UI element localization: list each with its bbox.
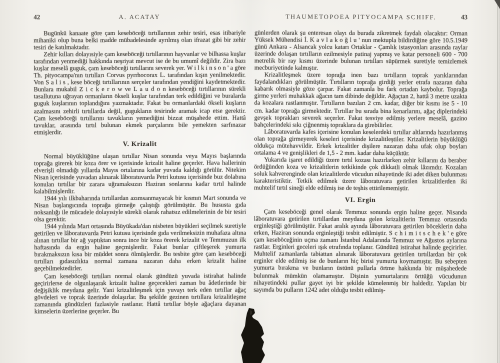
- paragraph: Normal büyüklüğüne ulaşan tırtıllar Nisa…: [34, 152, 246, 195]
- paragraph: Çam keseböceği tırtılları normal olarak …: [34, 272, 246, 315]
- paragraph: 1944 yılında Mart ortasında Büyükada'dan…: [34, 223, 246, 273]
- section-heading-ergin: VI. Ergin: [254, 197, 467, 205]
- paragraph: 1944 yılı ilkbaharında tırtıllardan azım…: [34, 195, 246, 224]
- running-header-species: THAUMETOPOEA PITYOCAMPA SCHIFF.: [277, 14, 446, 22]
- page-43: THAUMETOPOEA PITYOCAMPA SCHIFF. 43 günle…: [249, 0, 500, 363]
- paragraph: Bugünkü kanaate göre çam keseböceği tırt…: [34, 30, 246, 52]
- paragraph: Krizalitleşmek üzere toprağa inen bazı t…: [254, 72, 467, 129]
- running-head-right: THAUMETOPOEA PITYOCAMPA SCHIFF. 43: [255, 14, 468, 22]
- section-heading-krizalit: V. Krizalit: [34, 140, 246, 148]
- paragraph-continuation: günlerden olarak şu enteresan olayı da b…: [254, 30, 467, 73]
- page-number-left: 42: [34, 14, 56, 21]
- page-42: 42 A. ACATAY Bugünkü kanaate göre çam ke…: [0, 0, 250, 363]
- running-header-author: A. ACATAY: [56, 14, 224, 21]
- paragraph: Yukarıda işaret edildiği üzere tırtıl ko…: [254, 156, 467, 192]
- ink-stain: [240, 308, 268, 363]
- running-head-left: 42 A. ACATAY: [34, 14, 246, 22]
- page-number-right: 43: [446, 14, 468, 21]
- paragraph: Lâboratuvarda kafes içerisine konulan ke…: [254, 128, 467, 157]
- paragraph: Çam keseböceği genel olarak Temmuz sonun…: [254, 209, 467, 294]
- paragraph: Zehir kılları dolayısiyle çam keseböceği…: [34, 51, 246, 136]
